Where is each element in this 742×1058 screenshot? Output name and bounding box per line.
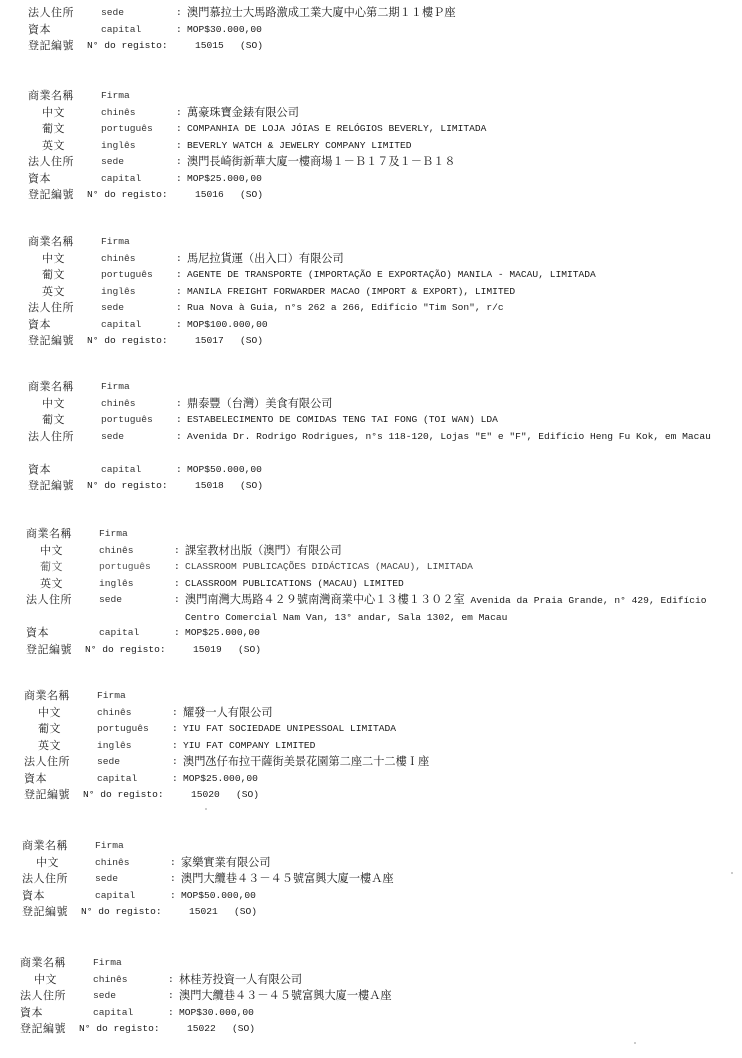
colon: : (176, 138, 182, 155)
colon: : (176, 462, 182, 479)
registo-label-zh: 登記編號 (20, 1021, 66, 1038)
sede-label-zh: 法人住所 (28, 300, 74, 317)
firma-row: 商業名稱 Firma (0, 688, 742, 705)
portugues-label-zh: 葡文 (42, 121, 65, 138)
ingles-label-zh: 英文 (40, 576, 63, 593)
sede-label-zh: 法人住所 (24, 754, 70, 771)
sede-row: 法人住所 sede : 澳門氹仔布拉干薩街美景花園第二座二十二樓Ｉ座 (0, 754, 742, 771)
registo-row: 登記編號 N° do registo: 15021 (SO) (0, 904, 742, 921)
colon: : (176, 22, 182, 39)
colon: : (176, 429, 182, 446)
capital-row: 資本 capital : MOP$25.000,00 (0, 171, 742, 188)
firma-label-zh: 商業名稱 (20, 955, 66, 972)
sede-label-zh: 法人住所 (22, 871, 68, 888)
colon: : (176, 284, 182, 301)
ingles-label-zh: 英文 (38, 738, 61, 755)
capital-label-pt: capital (101, 462, 141, 479)
sede-value: 澳門大纜巷４３－４５號富興大廈一樓Ａ座 (181, 871, 394, 888)
registo-suffix: (SO) (240, 478, 263, 495)
company-name-portuguese: AGENTE DE TRANSPORTE (IMPORTAÇÃO E EXPOR… (187, 267, 596, 284)
ingles-row: 英文 inglês : YIU FAT COMPANY LIMITED (0, 738, 742, 755)
chines-row: 中文 chinês : 鼎泰豐（台灣）美食有限公司 (0, 396, 742, 413)
registo-suffix: (SO) (238, 642, 261, 659)
colon: : (174, 559, 180, 576)
firma-row: 商業名稱 Firma (0, 379, 742, 396)
firma-row: 商業名稱 Firma (0, 234, 742, 251)
portugues-row: 葡文 português : ESTABELECIMENTO DE COMIDA… (0, 412, 742, 429)
firma-label-pt: Firma (101, 379, 130, 396)
sede-value: 澳門大纜巷４３－４５號富興大廈一樓Ａ座 (179, 988, 392, 1005)
registo-label-pt: N° do registo: (83, 787, 164, 804)
colon: : (170, 888, 176, 905)
registo-suffix: (SO) (234, 904, 257, 921)
firma-row: 商業名稱 Firma (0, 838, 742, 855)
firma-label-pt: Firma (99, 526, 128, 543)
registo-suffix: (SO) (240, 38, 263, 55)
firma-label-pt: Firma (101, 234, 130, 251)
colon: : (172, 721, 178, 738)
chines-row: 中文 chinês : 馬尼拉貨運（出入口）有限公司 (0, 251, 742, 268)
sede-value-chinese: 澳門南灣大馬路４２９號南灣商業中心１３樓１３０２室 (185, 593, 465, 606)
registo-suffix: (SO) (240, 187, 263, 204)
chines-label-pt: chinês (101, 105, 136, 122)
registo-label-pt: N° do registo: (87, 38, 168, 55)
ingles-row: 英文 inglês : BEVERLY WATCH & JEWELRY COMP… (0, 138, 742, 155)
registo-number: 15020 (191, 787, 220, 804)
registry-record-15019: 商業名稱 Firma 中文 chinês : 課室教材出版（澳門）有限公司 葡文… (0, 526, 742, 658)
chines-label-zh: 中文 (34, 972, 57, 989)
registo-number: 15018 (195, 478, 224, 495)
colon: : (174, 543, 180, 560)
company-name-english: CLASSROOM PUBLICATIONS (MACAU) LIMITED (185, 576, 404, 593)
sede-label-zh: 法人住所 (28, 154, 74, 171)
registo-suffix: (SO) (236, 787, 259, 804)
firma-label-zh: 商業名稱 (24, 688, 70, 705)
portugues-label-pt: português (101, 267, 153, 284)
registo-number: 15016 (195, 187, 224, 204)
colon: : (170, 871, 176, 888)
scan-artifact (205, 808, 207, 810)
firma-label-zh: 商業名稱 (22, 838, 68, 855)
capital-label-zh: 資本 (22, 888, 45, 905)
colon: : (172, 705, 178, 722)
sede-row: 法人住所 sede : 澳門大纜巷４３－４５號富興大廈一樓Ａ座 (0, 988, 742, 1005)
firma-label-pt: Firma (101, 88, 130, 105)
registo-label-pt: N° do registo: (87, 333, 168, 350)
registo-number: 15022 (187, 1021, 216, 1038)
colon: : (174, 625, 180, 642)
registry-gazette-page: 法人住所 sede : 澳門慕拉士大馬路激成工業大廈中心第二期１１樓Ｐ座 資本 … (0, 0, 742, 1058)
sede-label-zh: 法人住所 (28, 429, 74, 446)
company-name-chinese: 耀發一人有限公司 (183, 705, 273, 722)
sede-label-zh: 法人住所 (20, 988, 66, 1005)
capital-label-pt: capital (101, 171, 141, 188)
registry-record-15018: 商業名稱 Firma 中文 chinês : 鼎泰豐（台灣）美食有限公司 葡文 … (0, 379, 742, 495)
sede-value: Rua Nova à Guia, n°s 262 a 266, Edifício… (187, 300, 504, 317)
company-name-chinese: 萬豪珠寶金錶有限公司 (187, 105, 299, 122)
chines-label-pt: chinês (101, 251, 136, 268)
colon: : (176, 5, 182, 22)
registry-record-15015: 法人住所 sede : 澳門慕拉士大馬路激成工業大廈中心第二期１１樓Ｐ座 資本 … (0, 5, 742, 55)
registo-number: 15017 (195, 333, 224, 350)
chines-label-zh: 中文 (38, 705, 61, 722)
sede-label-pt: sede (101, 429, 124, 446)
ingles-label-pt: inglês (101, 284, 136, 301)
capital-label-zh: 資本 (26, 625, 49, 642)
capital-label-zh: 資本 (24, 771, 47, 788)
ingles-row: 英文 inglês : CLASSROOM PUBLICATIONS (MACA… (0, 576, 742, 593)
registo-row: 登記編號 N° do registo: 15022 (SO) (0, 1021, 742, 1038)
chines-label-zh: 中文 (42, 251, 65, 268)
sede-label-pt: sede (95, 871, 118, 888)
capital-label-pt: capital (97, 771, 137, 788)
firma-label-pt: Firma (97, 688, 126, 705)
capital-label-zh: 資本 (28, 317, 51, 334)
sede-label-pt: sede (93, 988, 116, 1005)
capital-label-pt: capital (101, 317, 141, 334)
chines-row: 中文 chinês : 耀發一人有限公司 (0, 705, 742, 722)
colon: : (176, 300, 182, 317)
chines-label-zh: 中文 (40, 543, 63, 560)
colon: : (176, 412, 182, 429)
company-name-chinese: 課室教材出版（澳門）有限公司 (185, 543, 342, 560)
colon: : (176, 317, 182, 334)
colon: : (176, 171, 182, 188)
colon: : (176, 396, 182, 413)
scan-artifact (634, 1042, 636, 1044)
capital-row: 資本 capital : MOP$50.000,00 (0, 462, 742, 479)
registo-row: 登記編號 N° do registo: 15018 (SO) (0, 478, 742, 495)
chines-label-zh: 中文 (42, 105, 65, 122)
colon: : (174, 592, 180, 609)
colon: : (176, 154, 182, 171)
firma-row: 商業名稱 Firma (0, 526, 742, 543)
ingles-label-pt: inglês (101, 138, 136, 155)
capital-label-zh: 資本 (28, 22, 51, 39)
registo-number: 15019 (193, 642, 222, 659)
chines-label-pt: chinês (97, 705, 132, 722)
colon: : (174, 576, 180, 593)
chines-label-zh: 中文 (42, 396, 65, 413)
ingles-label-zh: 英文 (42, 138, 65, 155)
capital-value: MOP$25.000,00 (183, 771, 258, 788)
company-name-english: YIU FAT COMPANY LIMITED (183, 738, 315, 755)
registo-label-zh: 登記編號 (24, 787, 70, 804)
capital-row: 資本 capital : MOP$30.000,00 (0, 22, 742, 39)
sede-row: 法人住所 sede : 澳門慕拉士大馬路激成工業大廈中心第二期１１樓Ｐ座 (0, 5, 742, 22)
registo-number: 15015 (195, 38, 224, 55)
sede-value: 澳門長崎街新華大廈一樓商場１－Ｂ１７及１－Ｂ１８ (187, 154, 456, 171)
capital-value: MOP$50.000,00 (187, 462, 262, 479)
firma-row: 商業名稱 Firma (0, 955, 742, 972)
company-name-portuguese: YIU FAT SOCIEDADE UNIPESSOAL LIMITADA (183, 721, 396, 738)
capital-label-zh: 資本 (28, 462, 51, 479)
sede-row: 法人住所 sede : 澳門大纜巷４３－４５號富興大廈一樓Ａ座 (0, 871, 742, 888)
capital-label-pt: capital (99, 625, 139, 642)
registo-row: 登記編號 N° do registo: 15017 (SO) (0, 333, 742, 350)
registo-label-pt: N° do registo: (79, 1021, 160, 1038)
sede-value: 澳門南灣大馬路４２９號南灣商業中心１３樓１３０２室 Avenida da Pra… (185, 592, 715, 626)
chines-label-pt: chinês (95, 855, 130, 872)
sede-row: 法人住所 sede : 澳門南灣大馬路４２９號南灣商業中心１３樓１３０２室 Av… (0, 592, 742, 625)
registo-label-pt: N° do registo: (85, 642, 166, 659)
registo-row: 登記編號 N° do registo: 15020 (SO) (0, 787, 742, 804)
portugues-label-zh: 葡文 (42, 412, 65, 429)
registo-label-zh: 登記編號 (28, 38, 74, 55)
firma-label-zh: 商業名稱 (26, 526, 72, 543)
chines-row: 中文 chinês : 家樂實業有限公司 (0, 855, 742, 872)
company-name-english: MANILA FREIGHT FORWARDER MACAO (IMPORT &… (187, 284, 515, 301)
capital-value: MOP$100.000,00 (187, 317, 268, 334)
registo-label-zh: 登記編號 (28, 187, 74, 204)
registo-suffix: (SO) (232, 1021, 255, 1038)
registo-row: 登記編號 N° do registo: 15016 (SO) (0, 187, 742, 204)
capital-label-zh: 資本 (20, 1005, 43, 1022)
capital-label-pt: capital (93, 1005, 133, 1022)
registry-record-15017: 商業名稱 Firma 中文 chinês : 馬尼拉貨運（出入口）有限公司 葡文… (0, 234, 742, 350)
sede-label-zh: 法人住所 (26, 592, 72, 609)
company-name-portuguese: COMPANHIA DE LOJA JÓIAS E RELÓGIOS BEVER… (187, 121, 486, 138)
company-name-chinese: 林桂芳投資一人有限公司 (179, 972, 302, 989)
chines-label-pt: chinês (101, 396, 136, 413)
portugues-label-pt: português (97, 721, 149, 738)
sede-value: 澳門氹仔布拉干薩街美景花園第二座二十二樓Ｉ座 (183, 754, 429, 771)
capital-row: 資本 capital : MOP$100.000,00 (0, 317, 742, 334)
colon: : (170, 855, 176, 872)
registo-label-zh: 登記編號 (22, 904, 68, 921)
chines-label-pt: chinês (93, 972, 128, 989)
capital-value: MOP$25.000,00 (187, 171, 262, 188)
ingles-label-pt: inglês (97, 738, 132, 755)
portugues-row: 葡文 português : AGENTE DE TRANSPORTE (IMP… (0, 267, 742, 284)
colon: : (172, 738, 178, 755)
firma-label-zh: 商業名稱 (28, 234, 74, 251)
sede-label-pt: sede (101, 300, 124, 317)
portugues-label-pt: português (99, 559, 151, 576)
portugues-label-zh: 葡文 (42, 267, 65, 284)
firma-row: 商業名稱 Firma (0, 88, 742, 105)
portugues-row: 葡文 português : YIU FAT SOCIEDADE UNIPESS… (0, 721, 742, 738)
colon: : (176, 251, 182, 268)
registry-record-15021: 商業名稱 Firma 中文 chinês : 家樂實業有限公司 法人住所 sed… (0, 838, 742, 921)
registo-label-zh: 登記編號 (28, 478, 74, 495)
chines-row: 中文 chinês : 萬豪珠寶金錶有限公司 (0, 105, 742, 122)
registo-suffix: (SO) (240, 333, 263, 350)
colon: : (176, 121, 182, 138)
ingles-label-pt: inglês (99, 576, 134, 593)
sede-label-pt: sede (101, 154, 124, 171)
colon: : (168, 1005, 174, 1022)
registo-label-zh: 登記編號 (26, 642, 72, 659)
company-name-portuguese: CLASSROOM PUBLICAÇÕES DIDÁCTICAS (MACAU)… (185, 559, 473, 576)
colon: : (176, 105, 182, 122)
colon: : (168, 988, 174, 1005)
capital-row: 資本 capital : MOP$25.000,00 (0, 771, 742, 788)
sede-label-zh: 法人住所 (28, 5, 74, 22)
capital-label-pt: capital (95, 888, 135, 905)
chines-row: 中文 chinês : 林桂芳投資一人有限公司 (0, 972, 742, 989)
sede-value: 澳門慕拉士大馬路激成工業大廈中心第二期１１樓Ｐ座 (187, 5, 456, 22)
registo-label-pt: N° do registo: (81, 904, 162, 921)
sede-row: 法人住所 sede : 澳門長崎街新華大廈一樓商場１－Ｂ１７及１－Ｂ１８ (0, 154, 742, 171)
company-name-chinese: 家樂實業有限公司 (181, 855, 271, 872)
portugues-row: 葡文 português : COMPANHIA DE LOJA JÓIAS E… (0, 121, 742, 138)
firma-label-pt: Firma (93, 955, 122, 972)
company-name-chinese: 馬尼拉貨運（出入口）有限公司 (187, 251, 344, 268)
registo-number: 15021 (189, 904, 218, 921)
registo-row: 登記編號 N° do registo: 15019 (SO) (0, 642, 742, 659)
registry-record-15016: 商業名稱 Firma 中文 chinês : 萬豪珠寶金錶有限公司 葡文 por… (0, 88, 742, 204)
firma-label-zh: 商業名稱 (28, 88, 74, 105)
portugues-label-pt: português (101, 121, 153, 138)
chines-label-pt: chinês (99, 543, 134, 560)
colon: : (172, 771, 178, 788)
portugues-label-pt: português (101, 412, 153, 429)
portugues-label-zh: 葡文 (40, 559, 63, 576)
portugues-label-zh: 葡文 (38, 721, 61, 738)
registo-label-zh: 登記編號 (28, 333, 74, 350)
company-name-chinese: 鼎泰豐（台灣）美食有限公司 (187, 396, 332, 413)
registry-record-15020: 商業名稱 Firma 中文 chinês : 耀發一人有限公司 葡文 portu… (0, 688, 742, 804)
scan-artifact (731, 872, 733, 874)
capital-row: 資本 capital : MOP$50.000,00 (0, 888, 742, 905)
firma-label-zh: 商業名稱 (28, 379, 74, 396)
registo-label-pt: N° do registo: (87, 187, 168, 204)
colon: : (176, 267, 182, 284)
ingles-row: 英文 inglês : MANILA FREIGHT FORWARDER MAC… (0, 284, 742, 301)
portugues-row: 葡文 português : CLASSROOM PUBLICAÇÕES DID… (0, 559, 742, 576)
sede-row: 法人住所 sede : Rua Nova à Guia, n°s 262 a 2… (0, 300, 742, 317)
firma-label-pt: Firma (95, 838, 124, 855)
sede-label-pt: sede (99, 592, 122, 609)
sede-value: Avenida Dr. Rodrigo Rodrigues, n°s 118-1… (187, 429, 717, 446)
sede-label-pt: sede (97, 754, 120, 771)
capital-row: 資本 capital : MOP$25.000,00 (0, 625, 742, 642)
ingles-label-zh: 英文 (42, 284, 65, 301)
capital-value: MOP$30.000,00 (179, 1005, 254, 1022)
registry-record-15022: 商業名稱 Firma 中文 chinês : 林桂芳投資一人有限公司 法人住所 … (0, 955, 742, 1038)
capital-value: MOP$30.000,00 (187, 22, 262, 39)
company-name-portuguese: ESTABELECIMENTO DE COMIDAS TENG TAI FONG… (187, 412, 498, 429)
registo-label-pt: N° do registo: (87, 478, 168, 495)
registo-row: 登記編號 N° do registo: 15015 (SO) (0, 38, 742, 55)
colon: : (168, 972, 174, 989)
capital-row: 資本 capital : MOP$30.000,00 (0, 1005, 742, 1022)
capital-value: MOP$50.000,00 (181, 888, 256, 905)
colon: : (172, 754, 178, 771)
capital-label-pt: capital (101, 22, 141, 39)
capital-value: MOP$25.000,00 (185, 625, 260, 642)
chines-row: 中文 chinês : 課室教材出版（澳門）有限公司 (0, 543, 742, 560)
company-name-english: BEVERLY WATCH & JEWELRY COMPANY LIMITED (187, 138, 412, 155)
capital-label-zh: 資本 (28, 171, 51, 188)
sede-label-pt: sede (101, 5, 124, 22)
chines-label-zh: 中文 (36, 855, 59, 872)
sede-row: 法人住所 sede : Avenida Dr. Rodrigo Rodrigue… (0, 429, 742, 462)
